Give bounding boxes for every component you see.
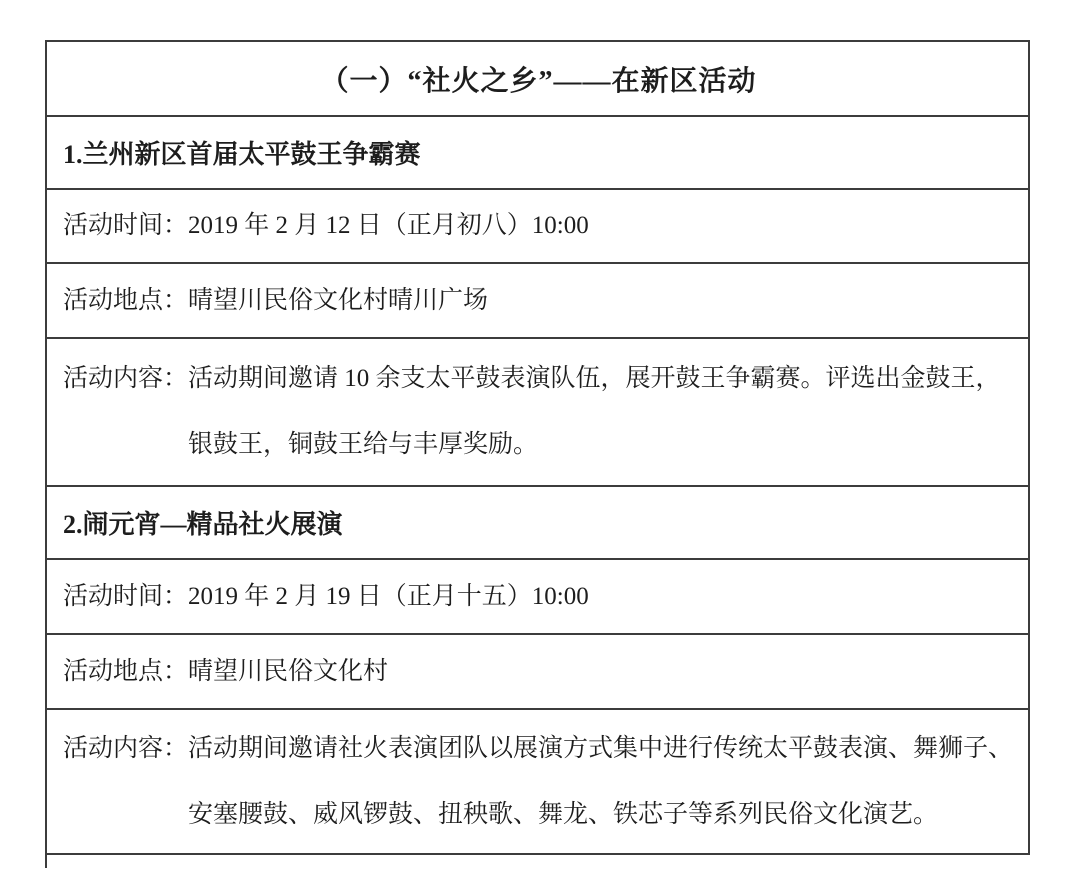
- section-1-time-row: 活动时间： 2019 年 2 月 12 日（正月初八）10:00: [47, 190, 1028, 264]
- section-2-heading: 2.闹元宵—精品社火展演: [63, 504, 343, 541]
- place-value: 晴望川民俗文化村: [188, 656, 1014, 688]
- events-table: （一）“社火之乡”——在新区活动 1.兰州新区首届太平鼓王争霸赛 活动时间： 2…: [45, 40, 1030, 855]
- section-2-place-row: 活动地点： 晴望川民俗文化村: [47, 635, 1028, 710]
- section-2-place-pair: 活动地点： 晴望川民俗文化村: [63, 656, 1014, 688]
- time-value: 2019 年 2 月 12 日（正月初八）10:00: [188, 210, 1014, 242]
- time-value: 2019 年 2 月 19 日（正月十五）10:00: [188, 581, 1014, 613]
- section-1-content-pair: 活动内容： 活动期间邀请 10 余支太平鼓表演队伍，展开鼓王争霸赛。评选出金鼓王…: [63, 346, 1014, 478]
- document-page: （一）“社火之乡”——在新区活动 1.兰州新区首届太平鼓王争霸赛 活动时间： 2…: [0, 0, 1080, 882]
- section-1-place-pair: 活动地点： 晴望川民俗文化村晴川广场: [63, 285, 1014, 317]
- section-1-heading: 1.兰州新区首届太平鼓王争霸赛: [63, 134, 421, 171]
- place-label: 活动地点：: [63, 285, 188, 317]
- section-2-heading-row: 2.闹元宵—精品社火展演: [47, 487, 1028, 560]
- table-title-row: （一）“社火之乡”——在新区活动: [47, 42, 1028, 117]
- section-2-time-pair: 活动时间： 2019 年 2 月 19 日（正月十五）10:00: [63, 581, 1014, 613]
- section-1-content-row: 活动内容： 活动期间邀请 10 余支太平鼓表演队伍，展开鼓王争霸赛。评选出金鼓王…: [47, 339, 1028, 487]
- section-1-place-row: 活动地点： 晴望川民俗文化村晴川广场: [47, 264, 1028, 339]
- place-value: 晴望川民俗文化村晴川广场: [188, 285, 1014, 317]
- place-label: 活动地点：: [63, 656, 188, 688]
- table-left-border-stub: [45, 855, 47, 868]
- section-2-content-row: 活动内容： 活动期间邀请社火表演团队以展演方式集中进行传统太平鼓表演、舞狮子、安…: [47, 710, 1028, 853]
- time-label: 活动时间：: [63, 581, 188, 613]
- section-1-time-pair: 活动时间： 2019 年 2 月 12 日（正月初八）10:00: [63, 210, 1014, 242]
- time-label: 活动时间：: [63, 210, 188, 242]
- content-value: 活动期间邀请社火表演团队以展演方式集中进行传统太平鼓表演、舞狮子、安塞腰鼓、威风…: [188, 716, 1014, 848]
- section-2-time-row: 活动时间： 2019 年 2 月 19 日（正月十五）10:00: [47, 560, 1028, 635]
- content-label: 活动内容：: [63, 346, 188, 412]
- content-label: 活动内容：: [63, 716, 188, 782]
- content-value: 活动期间邀请 10 余支太平鼓表演队伍，展开鼓王争霸赛。评选出金鼓王，银鼓王，铜…: [188, 346, 1014, 478]
- section-2-content-pair: 活动内容： 活动期间邀请社火表演团队以展演方式集中进行传统太平鼓表演、舞狮子、安…: [63, 716, 1014, 848]
- table-title: （一）“社火之乡”——在新区活动: [320, 59, 756, 99]
- section-1-heading-row: 1.兰州新区首届太平鼓王争霸赛: [47, 117, 1028, 190]
